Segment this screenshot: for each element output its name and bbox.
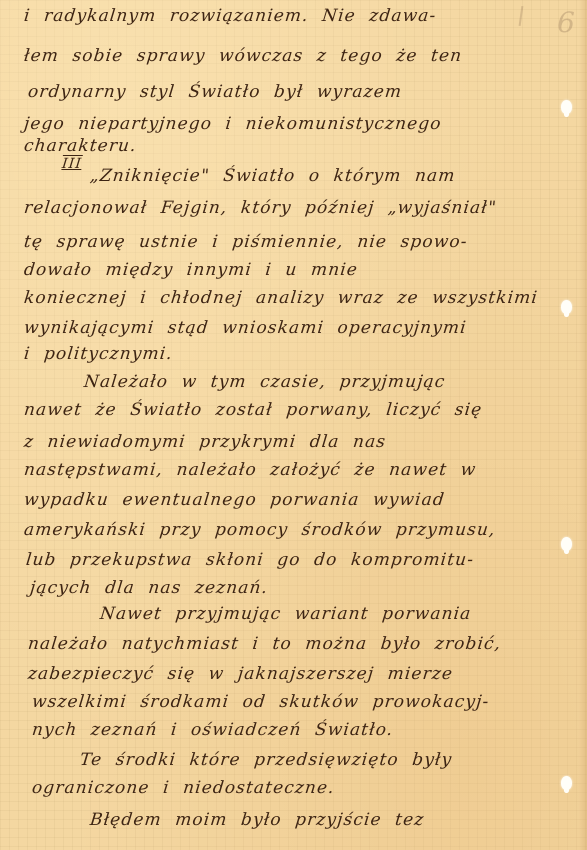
punch-hole-top [561,100,572,114]
text-line: następstwami, należało założyć że nawet … [23,460,477,480]
text-line: amerykański przy pomocy środków przymusu… [23,520,497,540]
text-line: wypadku ewentualnego porwania wywiad [23,490,446,510]
punch-hole-bottom [561,776,572,790]
punch-hole-upper-middle [561,300,572,314]
text-line: zabezpieczyć się w jaknajszerszej mierze [27,664,454,684]
text-line: łem sobie sprawy wówczas z tego że ten [23,46,463,66]
page-number: 6 [557,6,575,39]
section-numeral: III [61,156,83,172]
text-line: nych zeznań i oświadczeń Światło. [31,720,394,740]
text-line: „Zniknięcie" Światło o którym nam [89,166,457,186]
text-line: Należało w tym czasie, przyjmując [83,372,447,392]
pencil-mark [519,6,524,26]
punch-hole-lower-middle [561,537,572,551]
text-line: dowało między innymi i u mnie [23,260,359,280]
text-line: charakteru. [23,136,138,156]
text-line: nawet że Światło został porwany, liczyć … [23,400,483,420]
text-line: z niewiadomymi przykrymi dla nas [23,432,387,452]
text-line: i radykalnym rozwiązaniem. Nie zdawa- [23,6,437,26]
text-line: wszelkimi środkami od skutków prowokacyj… [31,692,490,712]
text-line: koniecznej i chłodnej analizy wraz ze ws… [23,288,539,308]
text-line: Te środki które przedsięwzięto były [79,750,453,770]
text-line: lub przekupstwa skłoni go do kompromitu- [25,550,475,570]
text-line: ordynarny styl Światło był wyrazem [27,82,403,102]
document-page: 6 i radykalnym rozwiązaniem. Nie zdawa- … [0,0,587,850]
text-line: tę sprawę ustnie i piśmiennie, nie spowo… [23,232,469,252]
text-line: ograniczone i niedostateczne. [31,778,336,798]
text-line: jących dla nas zeznań. [29,578,269,598]
text-line: jego niepartyjnego i niekomunistycznego [23,114,443,134]
text-line: relacjonował Fejgin, który później „wyja… [23,198,498,218]
text-line: należało natychmiast i to można było zro… [27,634,502,654]
text-line: i politycznymi. [23,344,174,364]
page-edge-shadow [579,0,587,850]
text-line: wynikającymi stąd wnioskami operacyjnymi [23,318,468,338]
text-line: Błędem moim było przyjście tez [89,810,425,830]
text-line: Nawet przyjmując wariant porwania [99,604,473,624]
